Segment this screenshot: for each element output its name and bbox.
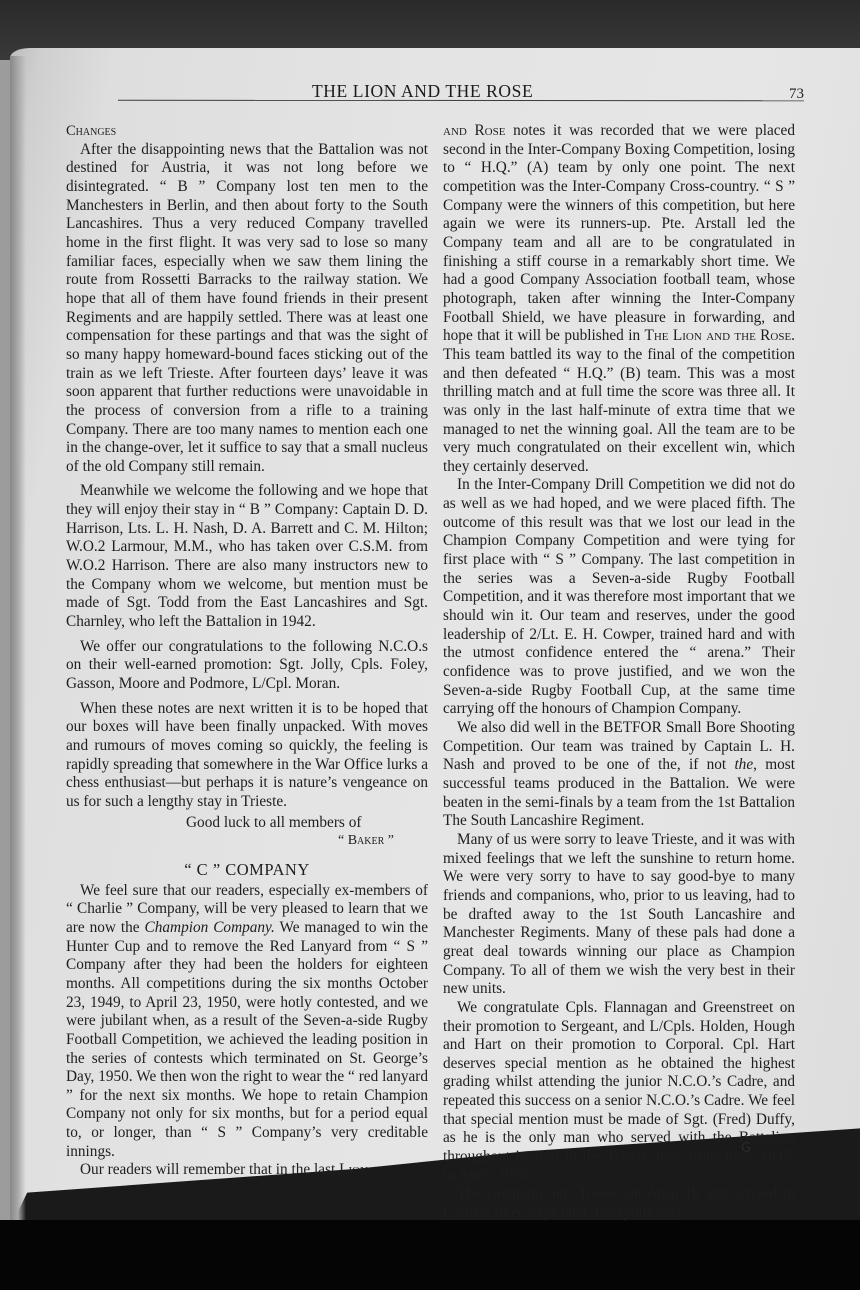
paragraph: Meanwhile we welcome the following and w… [66, 482, 428, 631]
signoff-line: Good luck to all members of [66, 814, 428, 833]
text-run: Our readers will remember that in the la… [80, 1161, 339, 1178]
paragraph: Our readers will remember that in the la… [66, 1161, 428, 1180]
paragraph: Many of us were sorry to leave Trieste, … [443, 831, 795, 999]
text-run: notes it was recorded that we were place… [443, 122, 795, 344]
paragraph: In the Inter-Company Drill Competition w… [443, 476, 795, 719]
running-title: THE LION AND THE ROSE [312, 81, 533, 102]
text-run: . This team battled its way to the final… [443, 327, 795, 475]
paragraph: and Rose notes it was recorded that we w… [443, 122, 795, 476]
paragraph: We also did well in the BETFOR Small Bor… [443, 719, 795, 831]
section-label-changes: Changes [66, 122, 428, 141]
spine-shadow [10, 56, 26, 1226]
paragraph: After the disappointing news that the Ba… [66, 141, 428, 477]
text-run: We managed to win the Hunter Cup and to … [66, 919, 428, 1160]
signoff-name: “ Baker ” [66, 832, 428, 851]
printer-signature-mark: G [741, 1141, 751, 1156]
italic-text: Champion Company. [145, 919, 275, 936]
paragraph: We congratulate Cpls. Flannagan and Gree… [443, 999, 795, 1186]
paragraph: When these notes are next written it is … [66, 700, 428, 812]
paragraph: We feel sure that our readers, especiall… [66, 882, 428, 1162]
smallcaps-text: and Rose [443, 122, 505, 139]
left-column: Changes After the disappointing news tha… [66, 122, 428, 1180]
publication-title: The Lion and the Rose [645, 327, 792, 344]
right-column: and Rose notes it was recorded that we w… [443, 122, 795, 1223]
italic-text: the [734, 756, 753, 773]
scan-backdrop-bottom [0, 1220, 860, 1290]
section-heading-c-company: “ C ” COMPANY [66, 861, 428, 880]
paragraph: The Company left Trieste on April 19 and… [443, 1185, 795, 1222]
smallcaps-text: Lion [339, 1161, 368, 1178]
paragraph: We offer our congratulations to the foll… [66, 638, 428, 694]
